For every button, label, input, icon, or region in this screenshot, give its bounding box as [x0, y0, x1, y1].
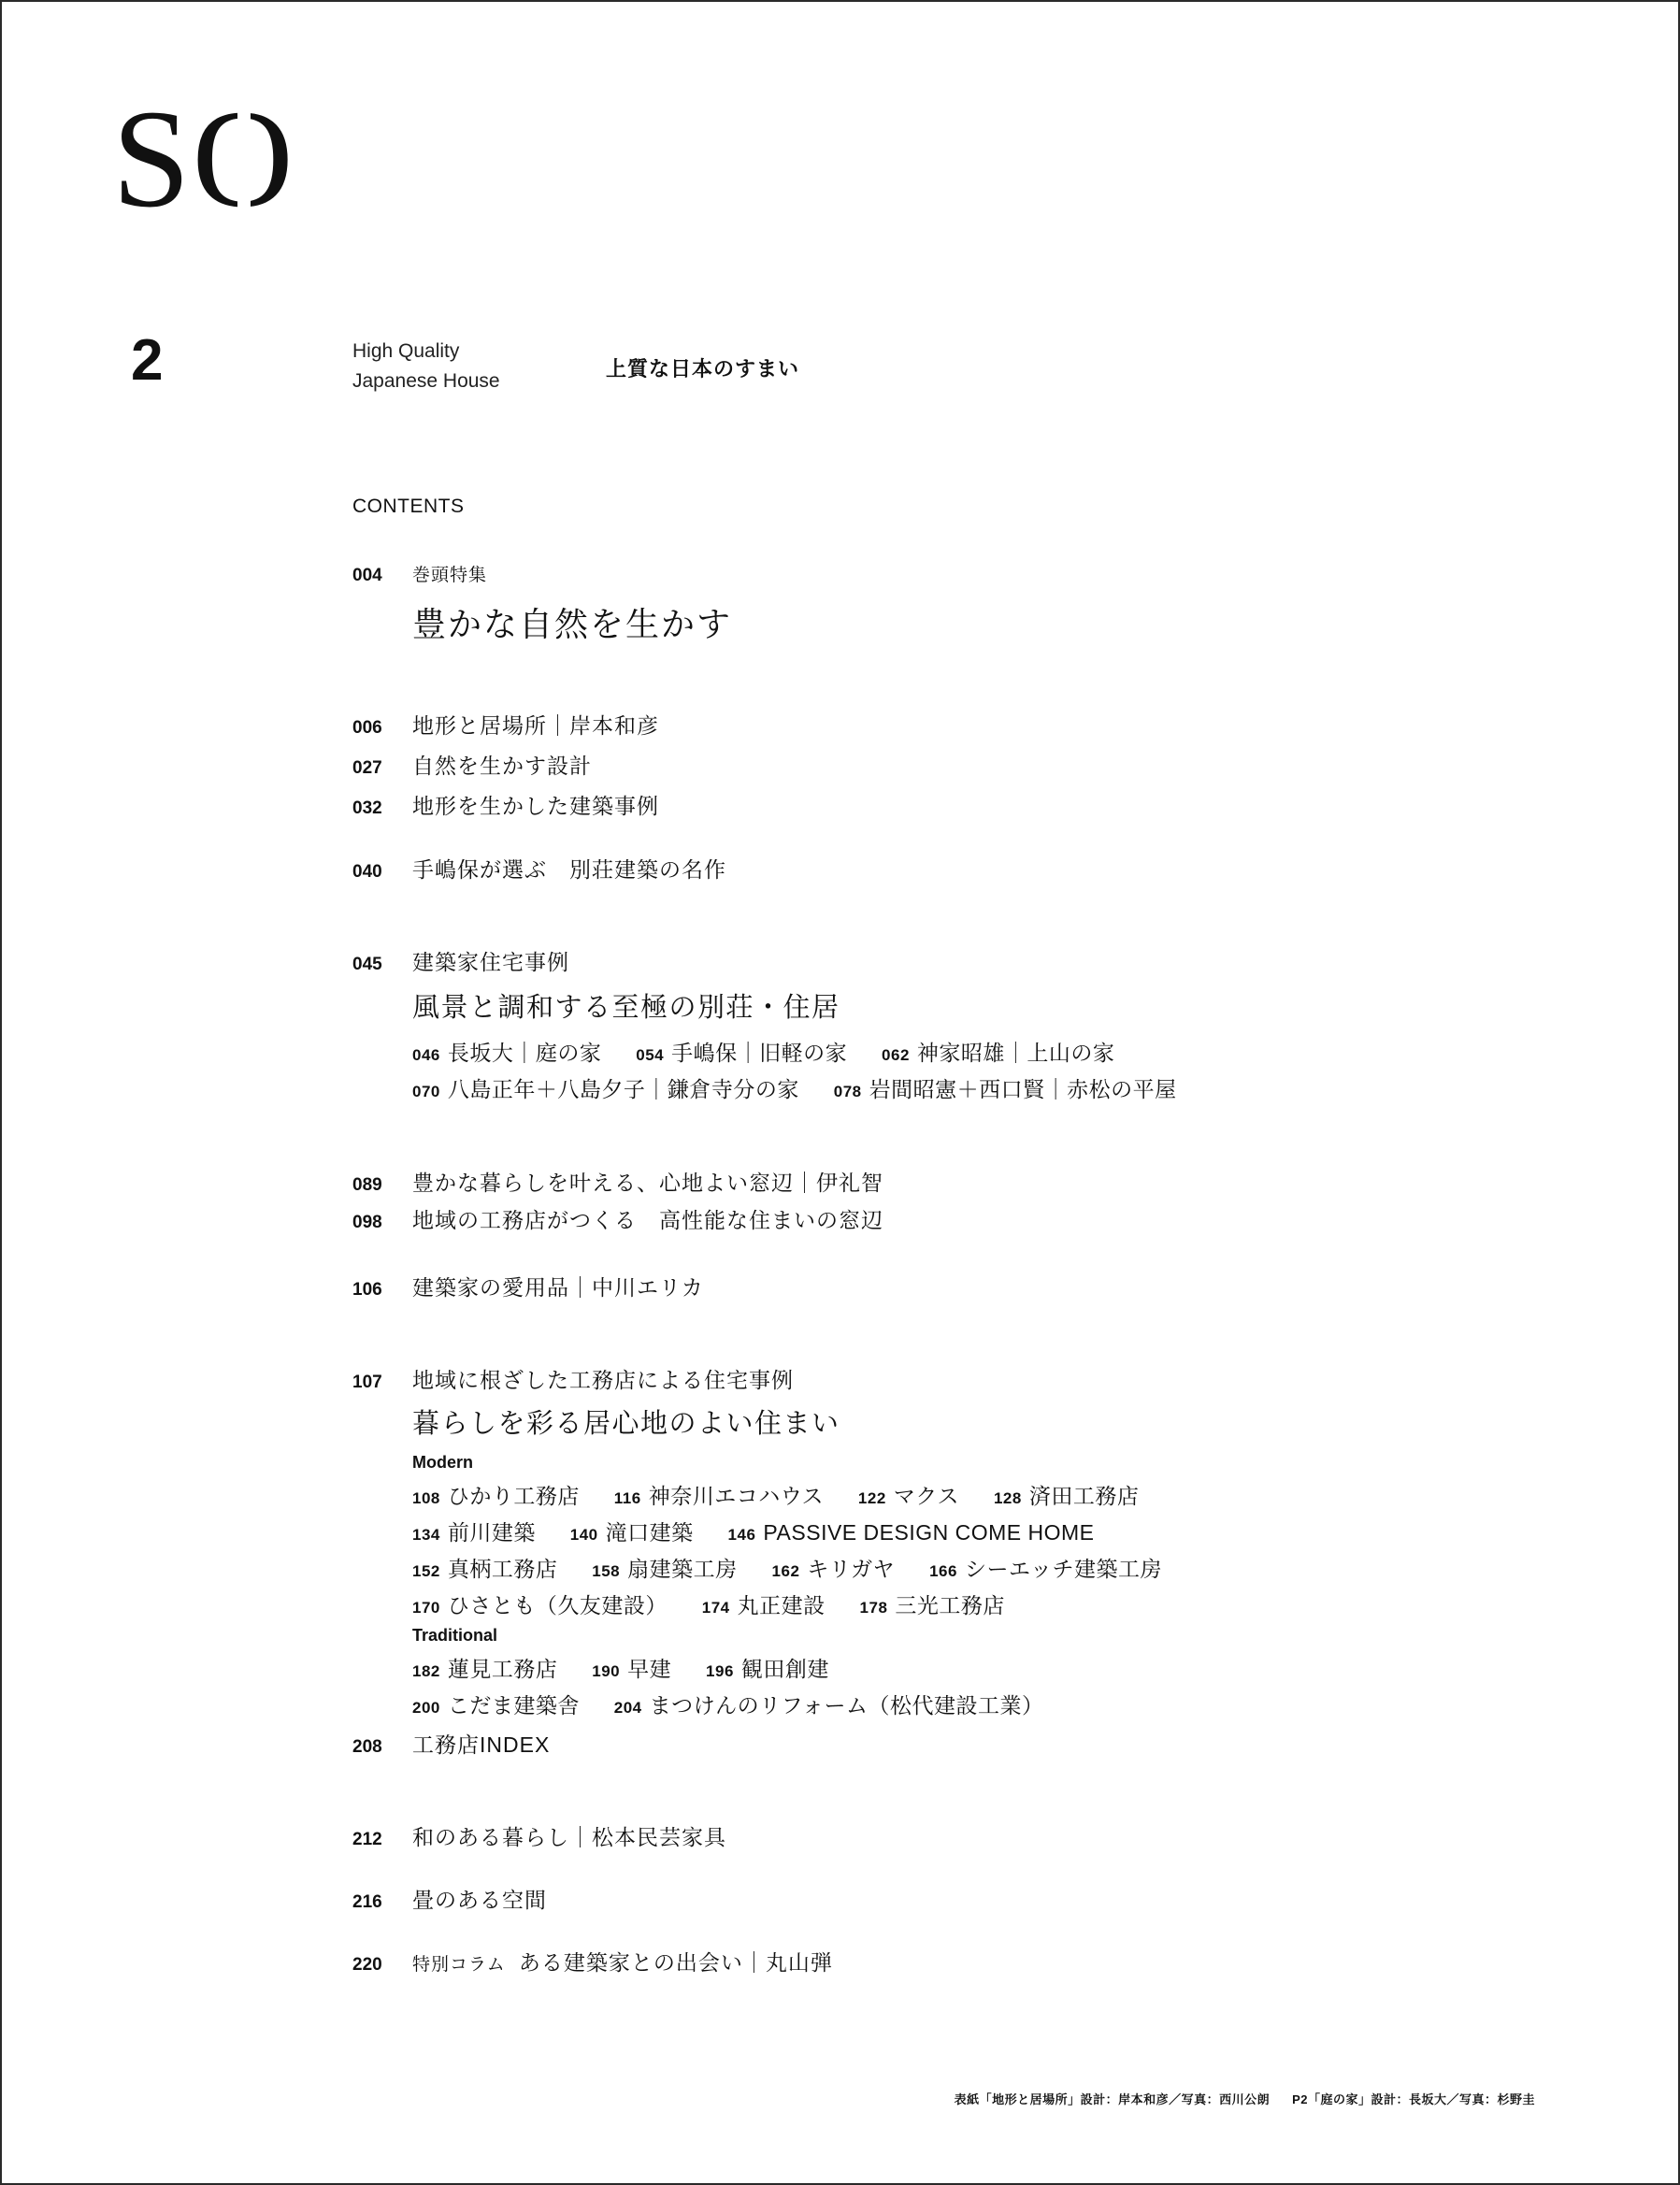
entry-title: 真柄工務店: [448, 1557, 558, 1581]
toc-entry-208[interactable]: 208工務店INDEX: [352, 1728, 550, 1759]
contents-heading: CONTENTS: [352, 496, 465, 518]
section-label: 建築家住宅事例: [412, 950, 569, 974]
toc-entry-040[interactable]: 040手嶋保が選ぶ 別荘建築の名作: [352, 853, 726, 884]
toc-entry-216[interactable]: 216畳のある空間: [352, 1883, 547, 1914]
subtitle-en-line2: Japanese House: [352, 367, 500, 396]
entry-title: キリガヤ: [807, 1557, 895, 1581]
entry-title: 神家昭雄｜上山の家: [917, 1041, 1115, 1065]
toc-entry-027[interactable]: 027自然を生かす設計: [352, 749, 592, 780]
feature-title[interactable]: 暮らしを彩る居心地のよい住まい: [412, 1402, 840, 1441]
entry-title: 八島正年＋八島夕子｜鎌倉寺分の家: [448, 1077, 799, 1101]
page-number: 170: [412, 1599, 440, 1617]
entry-title: 工務店INDEX: [412, 1732, 550, 1757]
sub-entry[interactable]: 062神家昭雄｜上山の家: [882, 1041, 1114, 1065]
page-number: 116: [614, 1489, 641, 1507]
toc-entry-098[interactable]: 098地域の工務店がつくる 高性能な住まいの窓辺: [352, 1203, 883, 1234]
page-number: 162: [772, 1562, 800, 1580]
entry-title: 畳のある空間: [412, 1888, 547, 1912]
sub-entry[interactable]: 190早建: [592, 1657, 671, 1681]
sub-entry-row: 108ひかり工務店 116神奈川エコハウス 122マクス 128済田工務店: [412, 1479, 1167, 1510]
p2-credit: P2「庭の家」設計：長坂大／写真：杉野圭: [1292, 2092, 1535, 2106]
entry-title: 地域の工務店がつくる 高性能な住まいの窓辺: [412, 1208, 883, 1232]
sub-entry[interactable]: 170ひさとも（久友建設）: [412, 1593, 668, 1617]
entry-title: 自然を生かす設計: [412, 754, 592, 778]
sub-entry[interactable]: 116神奈川エコハウス: [614, 1484, 824, 1508]
sub-entry-row: 152真柄工務店 158扇建築工房 162キリガヤ 166シーエッチ建築工房: [412, 1552, 1190, 1583]
toc-entry-212[interactable]: 212和のある暮らし｜松本民芸家具: [352, 1820, 726, 1851]
photo-credits: 表紙「地形と居場所」設計：岸本和彦／写真：西川公朗P2「庭の家」設計：長坂大／写…: [932, 2090, 1535, 2107]
page-number: 098: [352, 1213, 412, 1233]
entry-title: 建築家の愛用品｜中川エリカ: [412, 1275, 704, 1300]
toc-entry-032[interactable]: 032地形を生かした建築事例: [352, 789, 659, 820]
sub-entry-row: 070八島正年＋八島夕子｜鎌倉寺分の家 078岩間昭憲＋西口賢｜赤松の平屋: [412, 1072, 1205, 1103]
entry-title: ひかり工務店: [448, 1484, 580, 1508]
entry-title: 丸正建設: [738, 1593, 826, 1617]
page-number: 006: [352, 718, 412, 739]
page-number: 196: [706, 1662, 734, 1680]
entry-title: ある建築家との出会い｜丸山弾: [519, 1950, 833, 1975]
page-number: 212: [352, 1830, 412, 1850]
subtitle-en-line1: High Quality: [352, 337, 500, 367]
entry-title: 岩間昭憲＋西口賢｜赤松の平屋: [869, 1077, 1177, 1101]
sub-entry[interactable]: 140滝口建築: [570, 1520, 694, 1545]
entry-title: 手嶋保｜旧軽の家: [671, 1041, 847, 1065]
entry-title: 早建: [627, 1657, 671, 1681]
page-number: 027: [352, 758, 412, 779]
sub-entry[interactable]: 070八島正年＋八島夕子｜鎌倉寺分の家: [412, 1077, 799, 1101]
page-number: 158: [592, 1562, 620, 1580]
entry-title: 和のある暮らし｜松本民芸家具: [412, 1825, 726, 1849]
entry-title: 扇建築工房: [627, 1557, 738, 1581]
subtitle-japanese: 上質な日本のすまい: [606, 353, 799, 382]
feature-title[interactable]: 豊かな自然を生かす: [412, 598, 732, 646]
page-number: 046: [412, 1046, 440, 1064]
page-number: 182: [412, 1662, 440, 1680]
sub-entry-row: 170ひさとも（久友建設） 174丸正建設 178三光工務店: [412, 1588, 1033, 1619]
page-number: 220: [352, 1955, 412, 1976]
toc-entry-006[interactable]: 006地形と居場所｜岸本和彦: [352, 709, 659, 740]
entry-title: 地形を生かした建築事例: [412, 794, 659, 818]
section-label: 巻頭特集: [412, 566, 487, 585]
sub-entry-row: 134前川建築 140滝口建築 146PASSIVE DESIGN COME H…: [412, 1516, 1123, 1546]
entry-title: 済田工務店: [1029, 1484, 1140, 1508]
entry-title: 豊かな暮らしを叶える、心地よい窓辺｜伊礼智: [412, 1171, 883, 1195]
page-number: 032: [352, 798, 412, 819]
page-number: 106: [352, 1280, 412, 1301]
entry-title: ひさとも（久友建設）: [448, 1593, 668, 1617]
page-number: 178: [860, 1599, 888, 1617]
page-number: 122: [858, 1489, 886, 1507]
feature-title[interactable]: 風景と調和する至極の別荘・住居: [412, 986, 840, 1025]
page-number: 107: [352, 1373, 412, 1393]
entry-title: こだま建築舎: [448, 1693, 580, 1718]
entry-title: 長坂大｜庭の家: [448, 1041, 602, 1065]
page-number: 089: [352, 1175, 412, 1196]
page-number: 166: [929, 1562, 957, 1580]
section-label: 地域に根ざした工務店による住宅事例: [412, 1368, 794, 1392]
entry-title: まつけんのリフォーム（松代建設工業）: [650, 1693, 1044, 1718]
issue-number: 2: [131, 332, 163, 390]
page-number: 140: [570, 1526, 598, 1544]
sub-entry[interactable]: 162キリガヤ: [772, 1557, 896, 1581]
toc-entry-004[interactable]: 004巻頭特集: [352, 561, 487, 586]
toc-entry-089[interactable]: 089豊かな暮らしを叶える、心地よい窓辺｜伊礼智: [352, 1166, 883, 1197]
sub-entry[interactable]: 054手嶋保｜旧軽の家: [636, 1041, 847, 1065]
section-label: 特別コラム: [412, 1955, 506, 1975]
page-number: 208: [352, 1737, 412, 1758]
page-number: 128: [994, 1489, 1022, 1507]
sub-entry[interactable]: 122マクス: [858, 1484, 959, 1508]
entry-title: マクス: [894, 1484, 959, 1508]
sub-entry[interactable]: 152真柄工務店: [412, 1557, 557, 1581]
page-number: 054: [636, 1046, 664, 1064]
sub-entry[interactable]: 182蓮見工務店: [412, 1657, 557, 1681]
entry-title: 前川建築: [448, 1520, 536, 1545]
cover-credit: 表紙「地形と居場所」設計：岸本和彦／写真：西川公朗: [955, 2092, 1271, 2106]
magazine-logo: SO: [112, 89, 295, 229]
sub-entry-row: 200こだま建築舎 204まつけんのリフォーム（松代建設工業）: [412, 1689, 1072, 1719]
entry-title: 地形と居場所｜岸本和彦: [412, 713, 659, 738]
sub-entry[interactable]: 134前川建築: [412, 1520, 536, 1545]
sub-entry[interactable]: 166シーエッチ建築工房: [929, 1557, 1162, 1581]
entry-title: 手嶋保が選ぶ 別荘建築の名作: [412, 857, 726, 882]
page-number: 004: [352, 566, 412, 586]
sub-entry[interactable]: 046長坂大｜庭の家: [412, 1041, 601, 1065]
sub-entry[interactable]: 178三光工務店: [860, 1593, 1005, 1617]
sub-entry-row: 182蓮見工務店 190早建 196観田創建: [412, 1652, 857, 1683]
page-number: 216: [352, 1892, 412, 1913]
sub-entry[interactable]: 158扇建築工房: [592, 1557, 737, 1581]
page-number: 108: [412, 1489, 440, 1507]
page-number: 040: [352, 862, 412, 883]
page-number: 190: [592, 1662, 620, 1680]
page-number: 045: [352, 955, 412, 975]
toc-entry-045[interactable]: 045建築家住宅事例: [352, 945, 569, 976]
page-number: 070: [412, 1083, 440, 1100]
page-number: 174: [702, 1599, 730, 1617]
entry-title: 三光工務店: [895, 1593, 1005, 1617]
toc-entry-107[interactable]: 107地域に根ざした工務店による住宅事例: [352, 1363, 794, 1394]
sub-entry[interactable]: 196観田創建: [706, 1657, 829, 1681]
toc-entry-220[interactable]: 220特別コラムある建築家との出会い｜丸山弾: [352, 1946, 833, 1977]
page-number: 062: [882, 1046, 910, 1064]
entry-title: 観田創建: [741, 1657, 829, 1681]
sub-entry[interactable]: 174丸正建設: [702, 1593, 826, 1617]
page-number: 078: [834, 1083, 862, 1100]
sub-entry-row: 046長坂大｜庭の家 054手嶋保｜旧軽の家 062神家昭雄｜上山の家: [412, 1036, 1142, 1067]
entry-title: 蓮見工務店: [448, 1657, 558, 1681]
entry-title: PASSIVE DESIGN COME HOME: [763, 1520, 1094, 1545]
logo-letter-s: S: [112, 81, 192, 237]
page-number: 134: [412, 1526, 440, 1544]
page-number: 200: [412, 1699, 440, 1717]
entry-title: シーエッチ建築工房: [965, 1557, 1162, 1581]
sub-entry[interactable]: 108ひかり工務店: [412, 1484, 580, 1508]
sub-entry[interactable]: 078岩間昭憲＋西口賢｜赤松の平屋: [834, 1077, 1177, 1101]
sub-entry[interactable]: 200こだま建築舎: [412, 1693, 580, 1718]
category-traditional: Traditional: [412, 1626, 497, 1646]
toc-entry-106[interactable]: 106建築家の愛用品｜中川エリカ: [352, 1271, 704, 1301]
sub-entry[interactable]: 146PASSIVE DESIGN COME HOME: [728, 1520, 1095, 1545]
page-number: 152: [412, 1562, 440, 1580]
sub-entry[interactable]: 204まつけんのリフォーム（松代建設工業）: [614, 1693, 1044, 1718]
sub-entry[interactable]: 128済田工務店: [994, 1484, 1139, 1508]
entry-title: 滝口建築: [606, 1520, 694, 1545]
page-number: 146: [728, 1526, 756, 1544]
entry-title: 神奈川エコハウス: [649, 1484, 824, 1508]
category-modern: Modern: [412, 1453, 473, 1473]
page-number: 204: [614, 1699, 642, 1717]
logo-letter-o: O: [192, 89, 294, 229]
subtitle-english: High Quality Japanese House: [352, 337, 500, 396]
